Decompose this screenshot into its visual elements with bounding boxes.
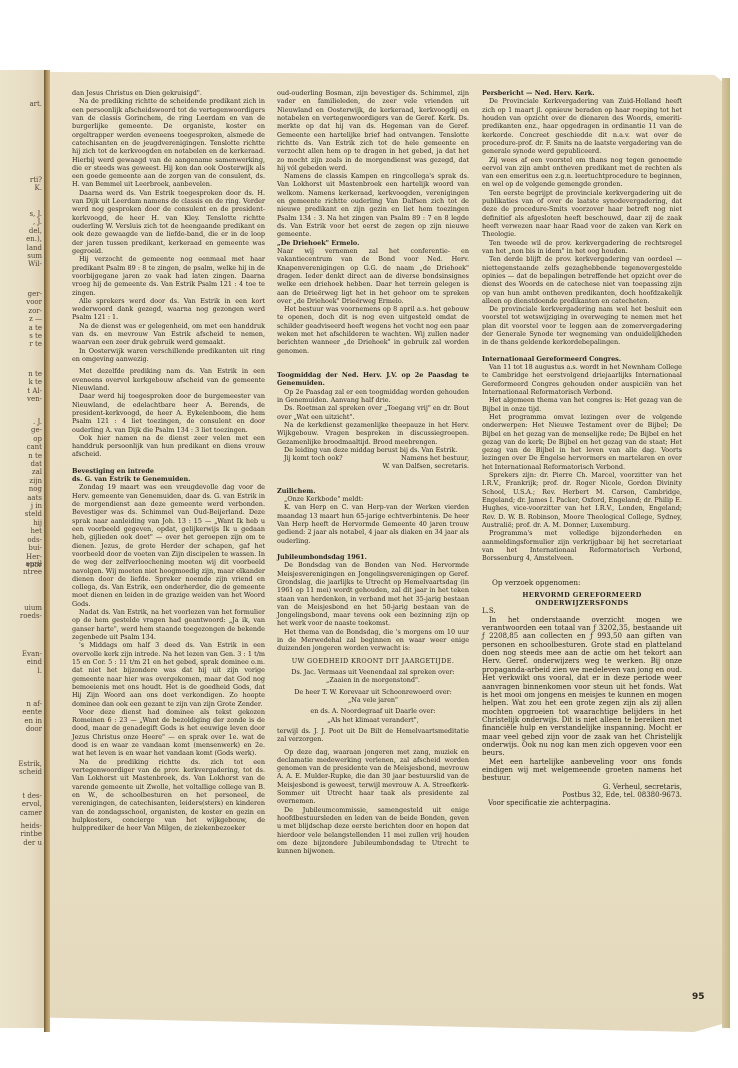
paragraph: De Provinciale Kerkvergadering van Zuid-… [482,97,682,155]
speaker-entry: Ds. Jac. Vermaas uit Veenendaal zal spre… [277,668,469,685]
paragraph: Met een hartelijke aanbeveling voor ons … [482,758,682,783]
facing-page-fragment: n te k te t Al- ven- [2,370,42,404]
paragraph: Naar wij vernemen zal het conferentie- e… [277,247,469,305]
paragraph: Hij verzocht de gemeente nog eenmaal met… [72,255,265,297]
article-continuation: oud-ouderling Bosman, zijn bevestiger ds… [277,89,469,239]
jubileum-theme: UW GOEDHEID KROONT DIT JAARGETIJDE. [277,657,469,665]
paragraph: Met dezelfde prediking nam ds. Van Estri… [72,367,265,392]
toogmiddag-signoff: Jij komt toch ook? Namens het bestuur, [277,454,469,462]
paragraph: dan Jesus Christus en Dien gekruisigd". [72,89,265,97]
paragraph: Programma's met volledige bijzonderheden… [482,529,682,562]
facing-page-fragment: art. [2,100,42,108]
paragraph: Het bestuur was voornemens op 8 april a.… [277,305,469,355]
speaker-entry: en ds. A. Noordegraaf uit Daarle over:„A… [277,707,469,724]
speaker-topic: „Als het klimaat verandert", [277,716,469,724]
heading-jubileum: Jubileumbondsdag 1961. [277,553,469,561]
paragraph: Ook hier namen na de dienst zeer velen m… [72,434,265,459]
facing-page-fragment: heids- rintbe der u [2,822,42,847]
facing-page-fragment: n af- eente en in door [2,700,42,734]
paragraph: Daarna werd ds. Van Estrik toegesproken … [72,189,265,256]
paragraph: Ten tweede wil de prov. kerkvergadering … [482,239,682,256]
paragraph: Na de dienst was er gelegenheid, om met … [72,322,265,347]
paragraph: De provinciale kerkvergadering nam wel h… [482,305,682,347]
paragraph: terwijl ds. J. J. Poot uit De Bilt de He… [277,727,469,744]
facing-page-fragment: Evan- eind l. [2,650,42,675]
paragraph: Na de prediking richtte ds. zich tot een… [72,758,265,833]
heading-bevestiging-sub: ds. G. van Estrik te Genemuiden. [72,475,265,483]
toogmiddag-question: Jij komt toch ook? [284,454,343,462]
paragraph: 's Middags om half 3 deed ds. Van Estrik… [72,641,265,708]
paragraph: Sprekers zijn: dr. Pierre Ch. Marcel, vo… [482,471,682,529]
speaker-topic: „Na vele jaren" [277,696,469,704]
article-fund: In het onderstaande overzicht mogen we v… [482,616,682,783]
facing-page-fragment: april ntree [2,560,42,577]
toogmiddag-signer: W. van Dalfsen, secretaris. [277,462,469,470]
jubileum-speakers: Ds. Jac. Vermaas uit Veenendaal zal spre… [277,668,469,724]
column-3: Persbericht — Ned. Herv. Kerk. De Provin… [482,89,682,808]
signature-name: G. Verheul, secretaris, [482,783,682,791]
speaker-topic: „Zaaien in de morgenstond". [277,676,469,684]
paragraph: De Bondsdag van de Bonden van Ned. Hervo… [277,561,469,628]
paragraph: oud-ouderling Bosman, zijn bevestiger ds… [277,89,469,172]
paragraph: Op 2e Paasdag zal er een toogmiddag word… [277,388,469,405]
paragraph: K. van Herp en C. van Herp-van der Werke… [277,503,469,545]
heading-driehoek: „De Driehoek" Ermelo. [277,239,469,247]
paragraph: Na de prediking richtte de scheidende pr… [72,97,265,188]
paragraph: Ten derde blijft de prov. kerkvergaderin… [482,255,682,305]
paragraph: Voor deze dienst had dominee als tekst g… [72,708,265,758]
heading-zuilichem: Zuilichem. [277,487,469,495]
facing-page-fragment: rti? K. [2,176,42,193]
paragraph: Nadat ds. Van Estrik, na het voorlezen v… [72,608,265,641]
article-bevestiging-genemuiden: Zondag 19 maart was een vreugdevolle dag… [72,483,265,832]
paragraph: Namens de classis Kampen en ringcollega'… [277,172,469,239]
column-2: oud-ouderling Bosman, zijn bevestiger ds… [277,89,469,856]
article-jubileum-closing: terwijl ds. J. J. Poot uit De Bilt de He… [277,727,469,856]
paragraph: Na de kerkdienst gezamenlijke theepauze … [277,421,469,446]
book-spine [44,70,50,1032]
page-number: 95 [692,992,705,1002]
article-oosterwijk-farewell: dan Jesus Christus en Dien gekruisigd".N… [72,89,265,459]
article-congres: Van 11 tot 18 augustus a.s. wordt in het… [482,363,682,563]
article-zuilichem: „Onze Kerkbode" meldt:K. van Herp en C. … [277,495,469,545]
heading-toogmiddag: Toogmiddag der Ned. Herv. J.V. op 2e Paa… [277,371,469,388]
signature-address: Postbus 32, Ede, tel. 08380-9673. [482,791,682,799]
column-1: dan Jesus Christus en Dien gekruisigd".N… [72,89,265,833]
paragraph: Het programma omvat lezingen over de vol… [482,413,682,471]
paragraph: Het algemeen thema van het congres is: H… [482,396,682,413]
request-line: Op verzoek opgenomen: [482,579,682,587]
fund-title-line-2: ONDERWIJZERSFONDS [482,599,682,607]
page-edge-shadow [722,78,730,1028]
specification-note: Voor specificatie zie achterpagina. [482,799,682,807]
toogmiddag-on-behalf: Namens het bestuur, [401,454,469,462]
paragraph: Daar werd hij toegesproken door de burge… [72,392,265,434]
speaker-name: en ds. A. Noordegraaf uit Daarle over: [277,707,469,715]
facing-page-fragment: uium roeds- [2,604,42,621]
article-persbericht: De Provinciale Kerkvergadering van Zuid-… [482,97,682,346]
heading-persbericht: Persbericht — Ned. Herv. Kerk. [482,89,682,97]
fund-title-line-1: HERVORMD GEREFORMEERD [482,591,682,599]
article-toogmiddag: Op 2e Paasdag zal er een toogmiddag word… [277,388,469,455]
speaker-entry: De heer T. W. Korevaar uit Schoonrewoerd… [277,688,469,705]
facing-page-fragment: t des- ervol, camer [2,792,42,817]
paragraph: Het thema van de Bondsdag, die 's morgen… [277,628,469,653]
paragraph: Zondag 19 maart was een vreugdevolle dag… [72,483,265,608]
paragraph: De leiding van deze middag berust bij ds… [277,446,469,454]
facing-page-fragment: . J. ge- op cant n te dat zal zijn nog a… [2,418,42,569]
paragraph: In het onderstaande overzicht mogen we v… [482,616,682,758]
heading-bevestiging: Bevestiging en intrede [72,467,265,475]
speaker-name: De heer T. W. Korevaar uit Schoonrewoerd… [277,688,469,696]
paragraph: Alle sprekers werd door ds. Van Estrik i… [72,297,265,322]
facing-page-fragment: s, J. , J. del, en.), land sum Wil- [2,210,42,269]
article-driehoek: Naar wij vernemen zal het conferentie- e… [277,247,469,355]
paragraph: Ten eerste begrijpt de provinciale kerkv… [482,189,682,239]
paragraph: Ds. Roetman zal spreken over „Toegang vr… [277,404,469,421]
paragraph: Op deze dag, waaraan jongeren met zang, … [277,748,469,806]
facing-page-edge: art.rti? K.s, J. , J. del, en.), land su… [0,70,46,1028]
paragraph: Zij wees af een voorstel om thans nog te… [482,156,682,189]
paragraph: De Jubileumcommissie, samengesteld uit e… [277,806,469,856]
speaker-name: Ds. Jac. Vermaas uit Veenendaal zal spre… [277,668,469,676]
paragraph: In Oosterwijk waren verschillende predik… [72,347,265,364]
article-jubileum: De Bondsdag van de Bonden van Ned. Hervo… [277,561,469,652]
heading-congres: Internationaal Gereformeerd Congres. [482,355,682,363]
paragraph: „Onze Kerkbode" meldt: [277,495,469,503]
paragraph: Van 11 tot 18 augustus a.s. wordt in het… [482,363,682,396]
facing-page-fragment: Estrik, scheid [2,760,42,777]
facing-page-fragment: ger- voor zor- z — a te s te r te [2,290,42,349]
